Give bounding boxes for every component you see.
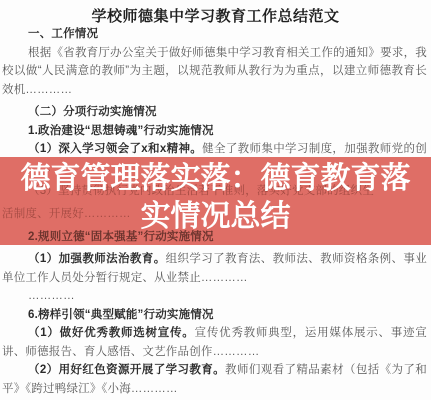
- document-title: 学校师德集中学习教育工作总结范文: [0, 5, 431, 26]
- banner-title: 德育管理落实落：德育教育落 实情况总结: [0, 160, 431, 236]
- sub-heading: 6.榜样引领“典型赋能”行动实施情况: [2, 306, 427, 325]
- overlay-banner: …… （3）坚持贯彻执行党内政治生活若干准则，落实好党支部的组织生 活制度、开展…: [0, 157, 431, 245]
- paragraph: （2）用好红色资源开展了学习教育。教师们观看了精品素材（包括《为了和平》《跨过鸭…: [2, 361, 427, 398]
- document-page: 学校师德集中学习教育工作总结范文 一、工作情况 根据《省教育厅办公室关于做好师德…: [0, 0, 431, 400]
- section-heading: 一、工作情况: [2, 25, 427, 44]
- sub-heading: （二）分项行动实施情况: [2, 103, 427, 122]
- banner-title-line1: 德育管理落实落：德育教育落: [0, 160, 431, 198]
- sub-heading: 1.政治建设“思想铸魂”行动实施情况: [2, 122, 427, 141]
- paragraph: 根据《省教育厅办公室关于做好师德集中学习教育相关工作的通知》要求，我校以做“人民…: [2, 44, 427, 100]
- ellipsis-line: …………: [2, 287, 427, 306]
- banner-title-line2: 实情况总结: [0, 198, 431, 236]
- paragraph: （1）做好优秀教师选树宣传。宣传优秀教师典型，运用媒体展示、事迹宣讲、师德报告、…: [2, 324, 427, 361]
- document-upper-section: 一、工作情况 根据《省教育厅办公室关于做好师德集中学习教育相关工作的通知》要求，…: [2, 25, 427, 177]
- paragraph: （1）加强教师法治教育。组织学习了教育法、教师法、教师资格条例、事业单位工作人员…: [2, 250, 427, 287]
- document-lower-section: （1）加强教师法治教育。组织学习了教育法、教师法、教师资格条例、事业单位工作人员…: [2, 250, 427, 398]
